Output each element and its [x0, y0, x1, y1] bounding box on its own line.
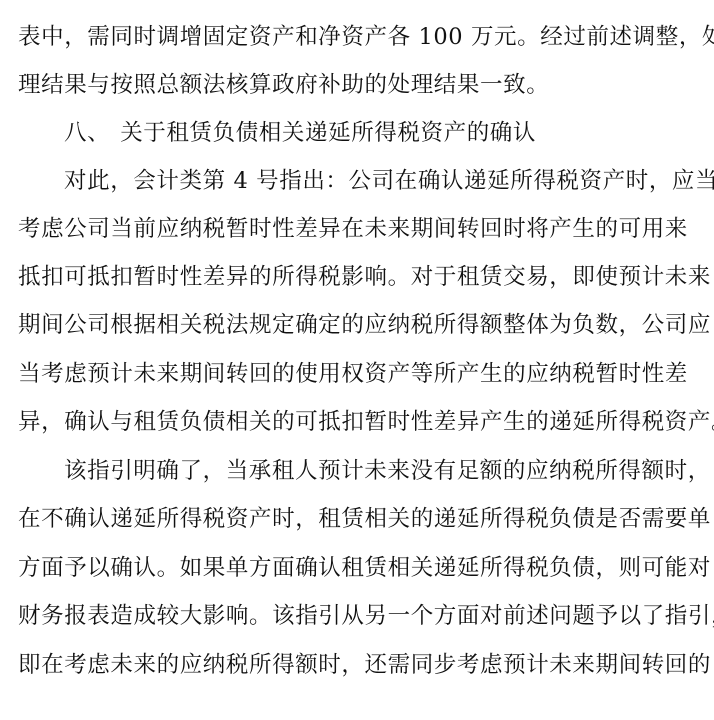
- body-text-line: 考虑公司当前应纳税暂时性差异在未来期间转回时将产生的可用来: [18, 214, 688, 244]
- body-text-line: 当考虑预计未来期间转回的使用权资产等所产生的应纳税暂时性差: [18, 359, 688, 389]
- body-text-line: 理结果与按照总额法核算政府补助的处理结果一致。: [18, 70, 549, 100]
- body-text-line: 表中，需同时调增固定资产和净资产各 100 万元。经过前述调整，处: [18, 22, 714, 52]
- section-number: 八、: [64, 120, 110, 146]
- body-text-line: 异，确认与租赁负债相关的可抵扣暂时性差异产生的递延所得税资产。: [18, 407, 714, 437]
- paragraph-first-line: 对此，会计类第 4 号指出：公司在确认递延所得税资产时，应当: [64, 166, 714, 196]
- body-text-line: 即在考虑未来的应纳税所得额时，还需同步考虑预计未来期间转回的: [18, 650, 711, 680]
- paragraph-first-line: 该指引明确了，当承租人预计未来没有足额的应纳税所得额时，: [64, 456, 711, 486]
- body-text-line: 期间公司根据相关税法规定确定的应纳税所得额整体为负数，公司应: [18, 310, 711, 340]
- section-heading: 八、关于租赁负债相关递延所得税资产的确认: [64, 118, 536, 148]
- body-text-line: 财务报表造成较大影响。该指引从另一个方面对前述问题予以了指引，: [18, 601, 714, 631]
- body-text-line: 方面予以确认。如果单方面确认租赁相关递延所得税负债，则可能对: [18, 553, 711, 583]
- section-title: 关于租赁负债相关递延所得税资产的确认: [120, 120, 536, 146]
- body-text-line: 抵扣可抵扣暂时性差异的所得税影响。对于租赁交易，即使预计未来: [18, 262, 711, 292]
- body-text-line: 在不确认递延所得税资产时，租赁相关的递延所得税负债是否需要单: [18, 504, 711, 534]
